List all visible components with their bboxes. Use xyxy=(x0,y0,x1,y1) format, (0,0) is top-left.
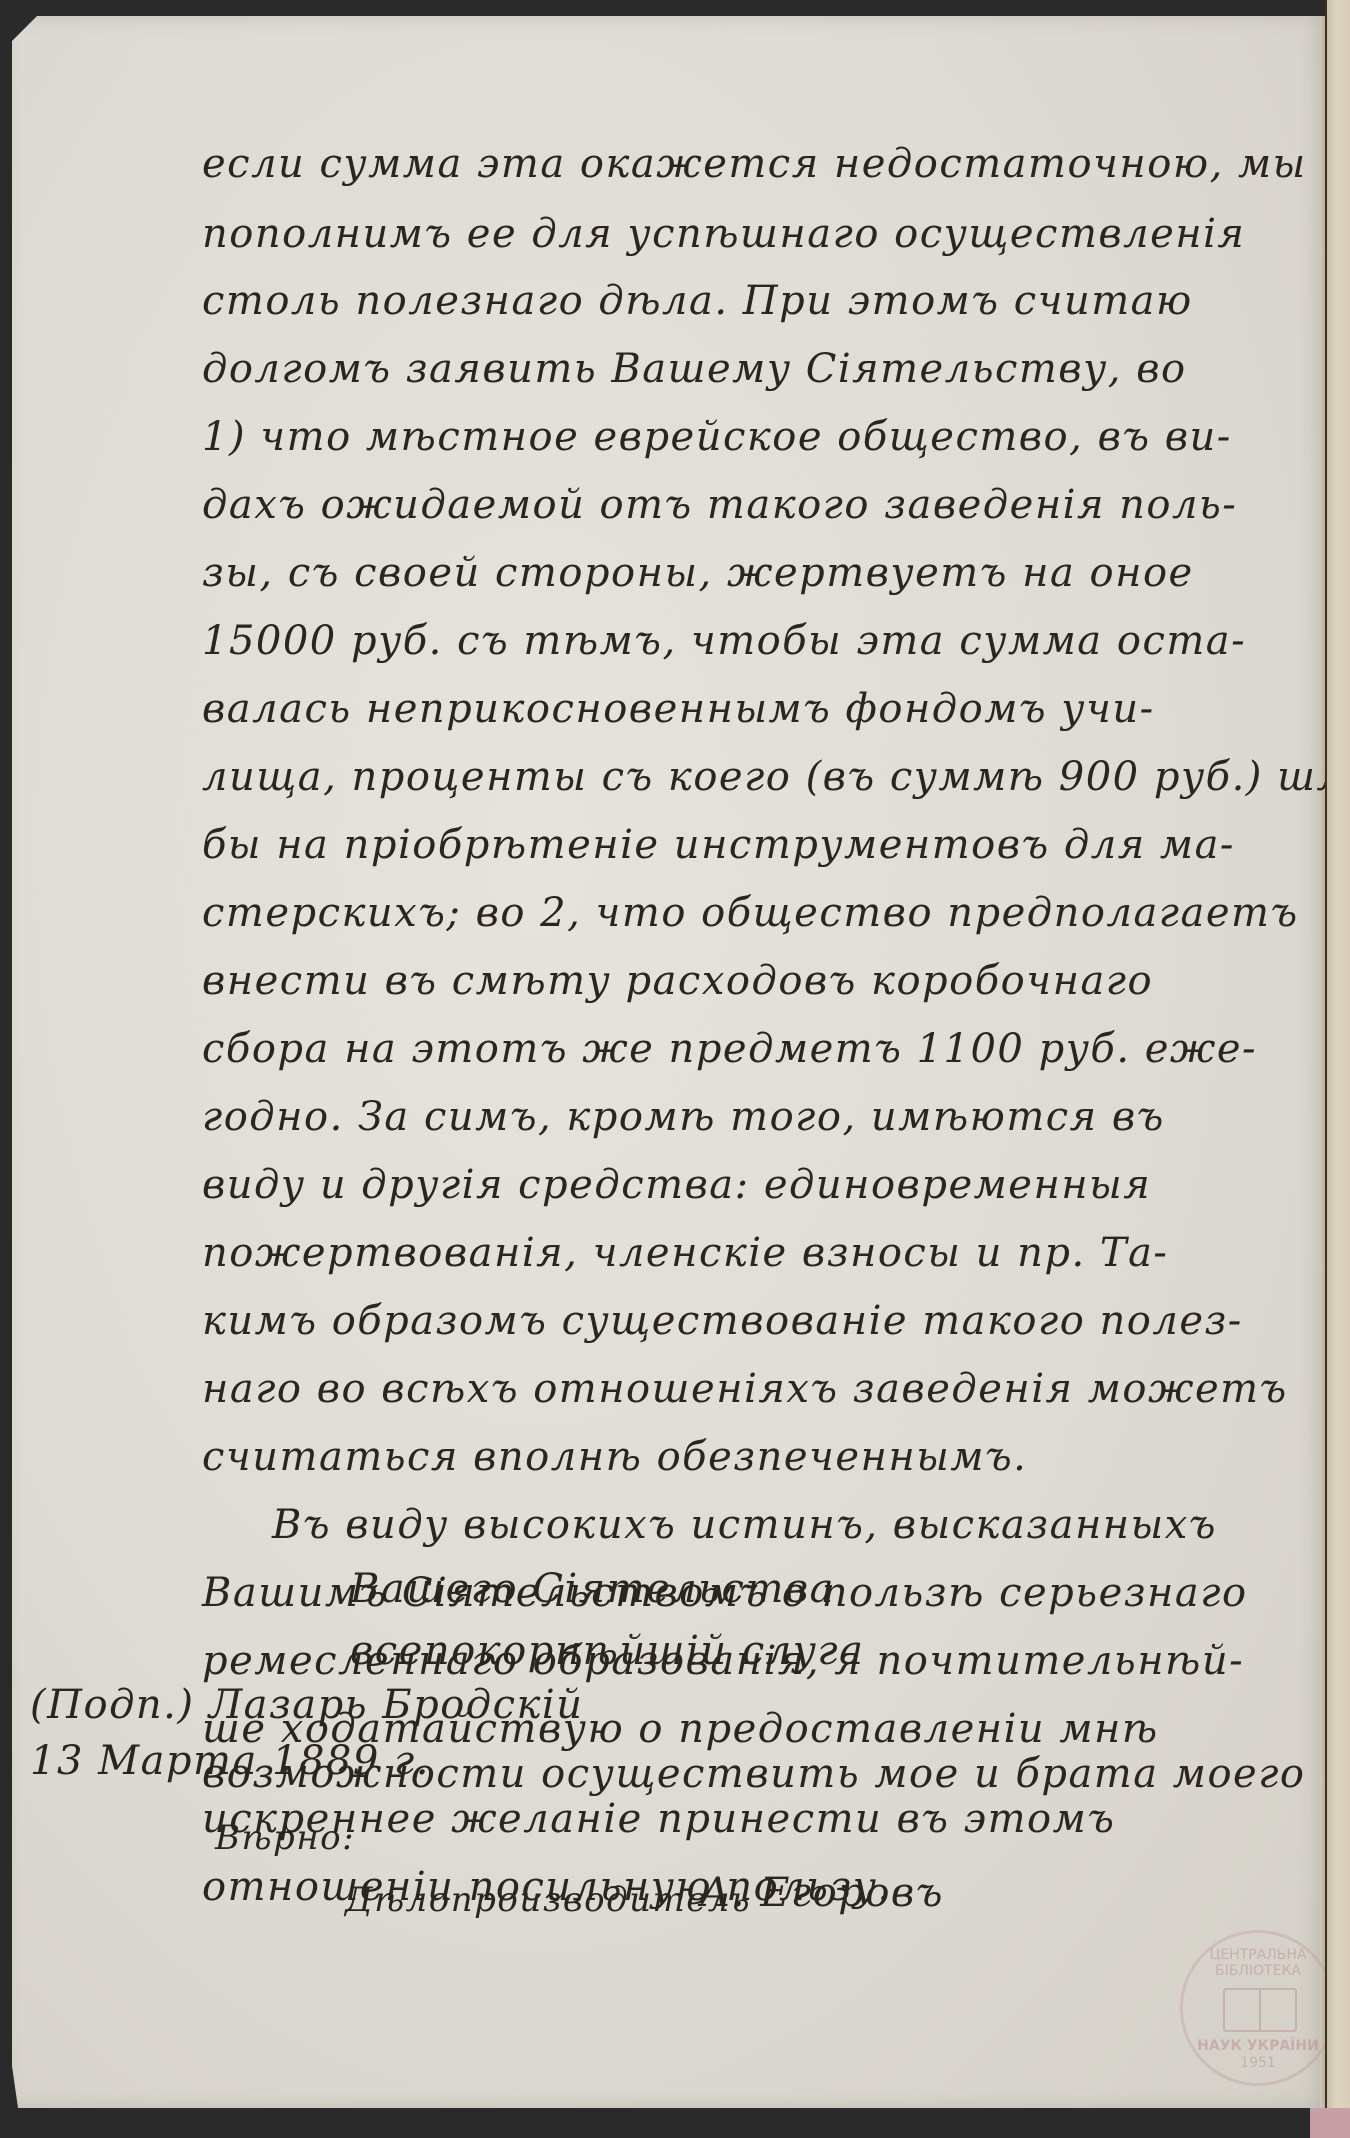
body-line: долгомъ заявить Вашему Сіятельству, во xyxy=(202,346,1187,392)
body-line: столь полезнаго дѣла. При этомъ считаю xyxy=(202,278,1193,324)
manuscript-page: если сумма эта окажется недостаточною, м… xyxy=(12,16,1325,2108)
book-binding xyxy=(1325,0,1350,2138)
body-line: Въ виду высокихъ истинъ, высказанныхъ xyxy=(272,1502,1217,1548)
body-line: годно. За симъ, кромѣ того, имѣются въ xyxy=(202,1094,1165,1140)
closing-servant: всепокорнѣйшій слуга xyxy=(350,1628,864,1674)
body-line: пожертвованія, членскіе взносы и пр. Та- xyxy=(202,1230,1168,1276)
stamp-text-top: ЦЕНТРАЛЬНА БІБЛІОТЕКА xyxy=(1183,1947,1333,1979)
body-line: 15000 руб. съ тѣмъ, чтобы эта сумма оста… xyxy=(202,618,1246,664)
letter-date: 13 Марта 1889 г. xyxy=(30,1738,430,1784)
body-line: валась неприкосновеннымъ фондомъ учи- xyxy=(202,686,1155,732)
signature: (Подп.) Лазарь Бродскій xyxy=(30,1682,583,1728)
body-line: считаться вполнѣ обезпеченнымъ. xyxy=(202,1434,1027,1480)
body-line: кимъ образомъ существованіе такого полез… xyxy=(202,1298,1243,1344)
body-line: лища, проценты съ коего (въ суммѣ 900 ру… xyxy=(202,754,1350,800)
binding-corner xyxy=(1310,2108,1350,2138)
library-stamp: ЦЕНТРАЛЬНА БІБЛІОТЕКА НАУК УКРАЇНИ 1951 xyxy=(1180,1930,1336,2086)
body-line: зы, съ своей стороны, жертвуетъ на оное xyxy=(202,550,1194,596)
stamp-text-mid: НАУК УКРАЇНИ xyxy=(1183,2038,1333,2054)
body-line: наго во всѣхъ отношеніяхъ заведенія може… xyxy=(202,1366,1288,1412)
certification-verified: Вѣрно: xyxy=(215,1818,355,1858)
body-line: сбора на этотъ же предметъ 1100 руб. еже… xyxy=(202,1026,1257,1072)
open-book-icon xyxy=(1223,1988,1297,2032)
body-line: виду и другія средства: единовременныя xyxy=(202,1162,1151,1208)
body-line: дахъ ожидаемой отъ такого заведенія поль… xyxy=(202,482,1237,528)
certification-official: Дѣлопроизводитель xyxy=(345,1880,751,1920)
stamp-year: 1951 xyxy=(1183,2055,1333,2071)
closing-salutation: Вашего Сіятельства xyxy=(350,1566,835,1612)
body-line: внести въ смѣту расходовъ коробочнаго xyxy=(202,958,1153,1004)
body-line: 1) что мѣстное еврейское общество, въ ви… xyxy=(202,414,1232,460)
body-line: пополнимъ ее для успѣшнаго осуществленія xyxy=(202,211,1245,257)
body-line: стерскихъ; во 2, что общество предполага… xyxy=(202,890,1299,936)
body-line: если сумма эта окажется недостаточною, м… xyxy=(202,141,1307,187)
certification-signature: А. Егоровъ xyxy=(700,1870,944,1916)
body-line: бы на пріобрѣтеніе инструментовъ для ма- xyxy=(202,822,1235,868)
